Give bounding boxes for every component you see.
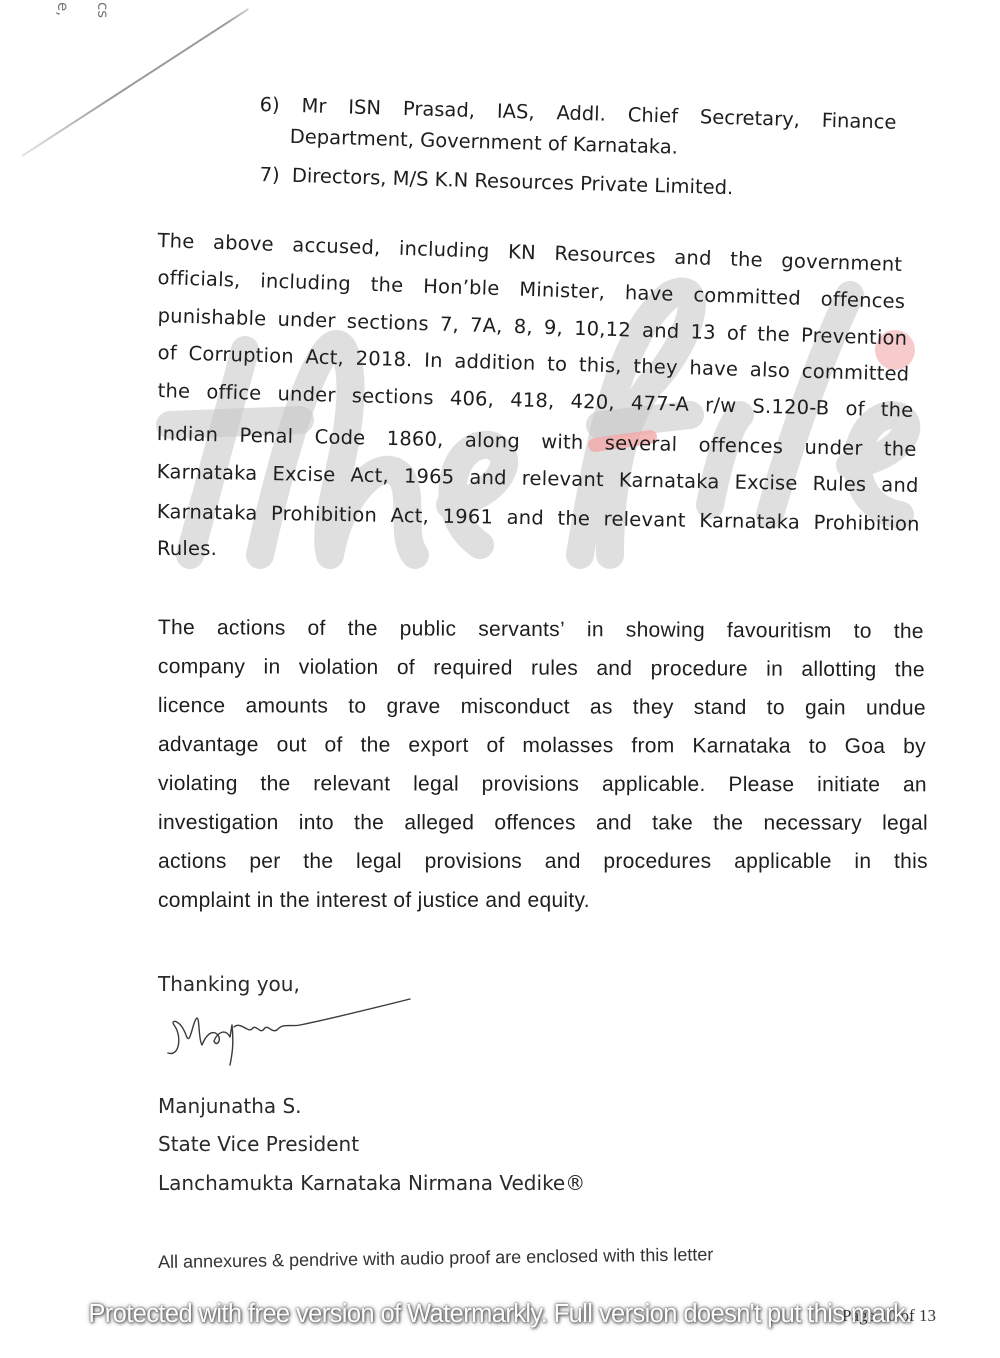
word: Karnataka bbox=[157, 500, 258, 525]
word: In bbox=[424, 349, 443, 373]
word: 13 bbox=[690, 320, 716, 344]
word: this bbox=[894, 850, 928, 874]
enclosure-note: All annexures & pendrive with audio proo… bbox=[158, 1244, 714, 1273]
word: and bbox=[596, 657, 632, 681]
paragraph-line: IndianPenalCode1860,alongwithseveraloffe… bbox=[157, 422, 917, 461]
word: several bbox=[605, 431, 678, 456]
word: to bbox=[547, 352, 568, 376]
word: 406, bbox=[450, 387, 495, 411]
word: Goa bbox=[845, 735, 886, 759]
word: with bbox=[541, 430, 584, 454]
word: including bbox=[399, 237, 490, 263]
paragraph-line: companyinviolationofrequiredrulesandproc… bbox=[158, 655, 925, 682]
word: also bbox=[750, 358, 791, 382]
accused-item-7: 7) Directors, M/S K.N Resources Private … bbox=[259, 163, 733, 199]
word: sections bbox=[351, 384, 434, 409]
word: Finance bbox=[822, 109, 897, 134]
word: export bbox=[408, 734, 468, 758]
word: 7A, bbox=[470, 314, 503, 338]
word: Act, bbox=[390, 504, 429, 528]
closing-salutation: Thanking you, bbox=[158, 972, 300, 996]
word: per bbox=[249, 850, 280, 874]
word: of bbox=[486, 734, 504, 758]
word: Code bbox=[314, 425, 365, 449]
word: applicable. bbox=[602, 773, 706, 797]
word: Act, bbox=[305, 345, 344, 369]
word: the bbox=[348, 617, 378, 641]
word: Prasad, bbox=[403, 97, 476, 122]
word: 9, bbox=[544, 316, 564, 340]
word: licence bbox=[158, 694, 226, 718]
paragraph-line: KarnatakaExciseAct,1965andrelevantKarnat… bbox=[157, 460, 919, 497]
paragraph-line: theofficeundersections406,418,420,477-Ar… bbox=[157, 379, 913, 422]
word: Chief bbox=[627, 103, 678, 127]
word: Resources bbox=[554, 242, 656, 268]
word: an bbox=[903, 773, 927, 797]
word: the bbox=[370, 273, 403, 297]
word: they bbox=[633, 355, 678, 379]
word: the bbox=[884, 437, 917, 461]
word: Minister, bbox=[519, 278, 606, 304]
word: procedure bbox=[651, 657, 748, 681]
word: in bbox=[264, 655, 281, 679]
word: the bbox=[895, 658, 925, 682]
corner-fragment: e, bbox=[54, 2, 72, 16]
word: 10,12 bbox=[574, 317, 632, 342]
word: public bbox=[400, 617, 457, 641]
word: of bbox=[727, 321, 747, 345]
word: The bbox=[158, 616, 195, 640]
word: office bbox=[206, 380, 262, 404]
word: required bbox=[433, 656, 513, 680]
word: Corruption bbox=[188, 342, 294, 368]
signatory-title: State Vice President bbox=[158, 1132, 359, 1156]
word: gain bbox=[805, 696, 846, 720]
paragraph-line: licenceamountstogravemisconductastheysta… bbox=[158, 694, 926, 721]
word: misconduct bbox=[461, 695, 570, 719]
word: the bbox=[713, 811, 743, 835]
word: of bbox=[307, 617, 325, 641]
word: 420, bbox=[570, 390, 615, 414]
handwritten-signature bbox=[160, 995, 420, 1070]
word: ISN bbox=[348, 95, 381, 119]
word: under bbox=[804, 436, 863, 460]
word: and bbox=[642, 319, 680, 343]
word: Excise bbox=[734, 471, 797, 495]
word: Hon’ble bbox=[423, 275, 500, 300]
word: and bbox=[506, 506, 544, 530]
word: Indian bbox=[157, 422, 219, 446]
word: the bbox=[557, 507, 590, 531]
word: and bbox=[881, 473, 919, 497]
watermarkly-banner: Protected with free version of Watermark… bbox=[0, 1300, 1000, 1329]
signatory-organization: Lanchamukta Karnataka Nirmana Vedike® bbox=[158, 1171, 585, 1195]
word: Rules bbox=[812, 472, 866, 496]
word: the bbox=[881, 398, 914, 422]
word: committed bbox=[693, 283, 801, 309]
word: investigation bbox=[158, 811, 279, 835]
word: to bbox=[809, 735, 827, 759]
word: provisions bbox=[482, 773, 580, 797]
paragraph-line: advantageoutoftheexportofmolassesfromKar… bbox=[158, 733, 926, 759]
paragraph-line: ofCorruptionAct,2018.Inadditiontothis,th… bbox=[157, 341, 909, 386]
word: the bbox=[360, 734, 390, 758]
word: the bbox=[894, 620, 924, 644]
word: take bbox=[652, 811, 693, 835]
word: of bbox=[325, 733, 343, 757]
word: offences bbox=[494, 811, 575, 835]
word: legal bbox=[882, 812, 928, 836]
paragraph-line: punishableundersections7,7A,8,9,10,12and… bbox=[157, 304, 907, 350]
word: initiate bbox=[817, 773, 880, 797]
word: accused, bbox=[292, 233, 381, 259]
word: under bbox=[277, 382, 336, 407]
word: Prohibition bbox=[813, 511, 919, 536]
list-number: 6) bbox=[259, 93, 280, 117]
word: from bbox=[631, 734, 674, 758]
paragraph-line: officials,includingtheHon’bleMinister,ha… bbox=[157, 266, 905, 313]
word: this, bbox=[579, 353, 622, 377]
word: in bbox=[587, 618, 604, 642]
word: addition bbox=[454, 350, 536, 375]
paragraph-line: complaint in the interest of justice and… bbox=[158, 889, 590, 913]
word: amounts bbox=[245, 694, 328, 718]
document-page: e, cs 6) Mr ISN Prasad, IAS, Addl. Chief… bbox=[0, 0, 1000, 1358]
word: of bbox=[157, 341, 177, 365]
word: government bbox=[781, 249, 903, 276]
word: S.120-B bbox=[752, 395, 829, 420]
word: r/w bbox=[705, 393, 737, 417]
word: to bbox=[854, 620, 872, 644]
word: relevant bbox=[522, 467, 605, 492]
paragraph-line: actionsperthelegalprovisionsandprocedure… bbox=[158, 850, 928, 874]
word: 477-A bbox=[631, 391, 690, 416]
word: committed bbox=[802, 360, 910, 386]
word: and bbox=[469, 466, 507, 490]
word: above bbox=[213, 231, 275, 256]
word: in bbox=[766, 658, 783, 682]
word: Prohibition bbox=[271, 502, 377, 527]
word: Karnataka bbox=[699, 509, 800, 534]
word: The bbox=[157, 229, 195, 253]
word: 2018. bbox=[355, 347, 412, 372]
word: molasses bbox=[522, 734, 613, 758]
word: applicable bbox=[734, 850, 832, 874]
accused-item-7-text: Directors, M/S K.N Resources Private Lim… bbox=[292, 164, 734, 199]
word: 7, bbox=[440, 313, 460, 337]
list-number: 7) bbox=[259, 163, 280, 187]
word: including bbox=[260, 269, 351, 295]
word: and bbox=[545, 850, 581, 874]
scan-fold-line bbox=[21, 8, 249, 157]
word: punishable bbox=[157, 304, 266, 330]
word: and bbox=[596, 811, 632, 835]
paragraph-line: Rules. bbox=[157, 537, 217, 560]
word: under bbox=[277, 308, 336, 333]
word: to bbox=[767, 696, 785, 720]
word: the bbox=[260, 772, 290, 796]
word: in bbox=[854, 850, 871, 874]
word: procedures bbox=[603, 850, 711, 874]
word: of bbox=[397, 656, 415, 680]
word: and bbox=[674, 246, 712, 270]
word: by bbox=[903, 735, 926, 759]
paragraph-line: violatingtherelevantlegalprovisionsappli… bbox=[158, 772, 927, 797]
word: offences bbox=[698, 433, 783, 458]
word: undue bbox=[866, 696, 926, 720]
word: the bbox=[157, 379, 190, 403]
word: have bbox=[689, 356, 738, 380]
word: KN bbox=[508, 240, 537, 264]
word: of bbox=[845, 397, 865, 420]
word: alleged bbox=[404, 811, 474, 835]
word: out bbox=[277, 733, 307, 757]
word: company bbox=[158, 655, 245, 679]
word: Penal bbox=[239, 424, 293, 448]
word: showing bbox=[626, 618, 705, 642]
word: as bbox=[590, 696, 613, 720]
word: 1965 bbox=[404, 465, 455, 489]
word: the bbox=[354, 811, 384, 835]
word: favouritism bbox=[727, 619, 832, 644]
word: to bbox=[348, 695, 366, 719]
word: Karnataka bbox=[157, 460, 258, 485]
word: into bbox=[299, 811, 334, 835]
word: violation bbox=[299, 656, 379, 680]
word: violating bbox=[158, 772, 238, 796]
word: they bbox=[633, 696, 674, 720]
word: the bbox=[303, 850, 333, 874]
word: grave bbox=[386, 695, 440, 719]
word: IAS, bbox=[497, 100, 535, 124]
word: Act, bbox=[350, 464, 389, 488]
word: relevant bbox=[313, 772, 390, 796]
word: legal bbox=[356, 850, 402, 874]
corner-fragment: cs bbox=[94, 2, 112, 18]
word: legal bbox=[413, 772, 459, 796]
word: 1961 bbox=[442, 505, 493, 529]
word: rules bbox=[531, 657, 578, 681]
word: provisions bbox=[425, 850, 523, 874]
word: Excise bbox=[272, 462, 335, 486]
signatory-name: Manjunatha S. bbox=[158, 1094, 302, 1118]
paragraph-line: investigationintotheallegedoffencesandta… bbox=[158, 811, 928, 836]
word: actions bbox=[158, 850, 227, 874]
word: along bbox=[465, 428, 521, 452]
accused-item-6: 6) Mr ISN Prasad, IAS, Addl. Chief Secre… bbox=[258, 93, 896, 165]
word: have bbox=[625, 281, 674, 306]
word: necessary bbox=[763, 812, 861, 836]
word: sections bbox=[346, 310, 429, 335]
word: the bbox=[730, 247, 763, 271]
word: allotting bbox=[801, 658, 876, 682]
word: Karnataka bbox=[619, 468, 720, 493]
paragraph-line: Theactionsofthepublicservants’inshowingf… bbox=[158, 616, 924, 644]
word: 8, bbox=[513, 315, 533, 339]
word: 1860, bbox=[386, 427, 443, 451]
word: Please bbox=[728, 773, 794, 797]
word: offences bbox=[820, 287, 905, 313]
paragraph-line: KarnatakaProhibitionAct,1961andthereleva… bbox=[157, 500, 920, 536]
word: Prevention bbox=[801, 324, 908, 350]
word: relevant bbox=[603, 507, 685, 531]
word: Secretary, bbox=[700, 105, 801, 131]
word: Addl. bbox=[556, 101, 606, 125]
word: stand bbox=[694, 696, 747, 720]
word: Mr bbox=[301, 94, 326, 118]
word: advantage bbox=[158, 733, 259, 757]
word: actions bbox=[217, 616, 286, 640]
word: servants’ bbox=[478, 618, 565, 642]
word: Karnataka bbox=[692, 734, 790, 758]
word: officials, bbox=[157, 266, 241, 292]
word: 418, bbox=[510, 388, 555, 412]
word: the bbox=[757, 322, 790, 346]
